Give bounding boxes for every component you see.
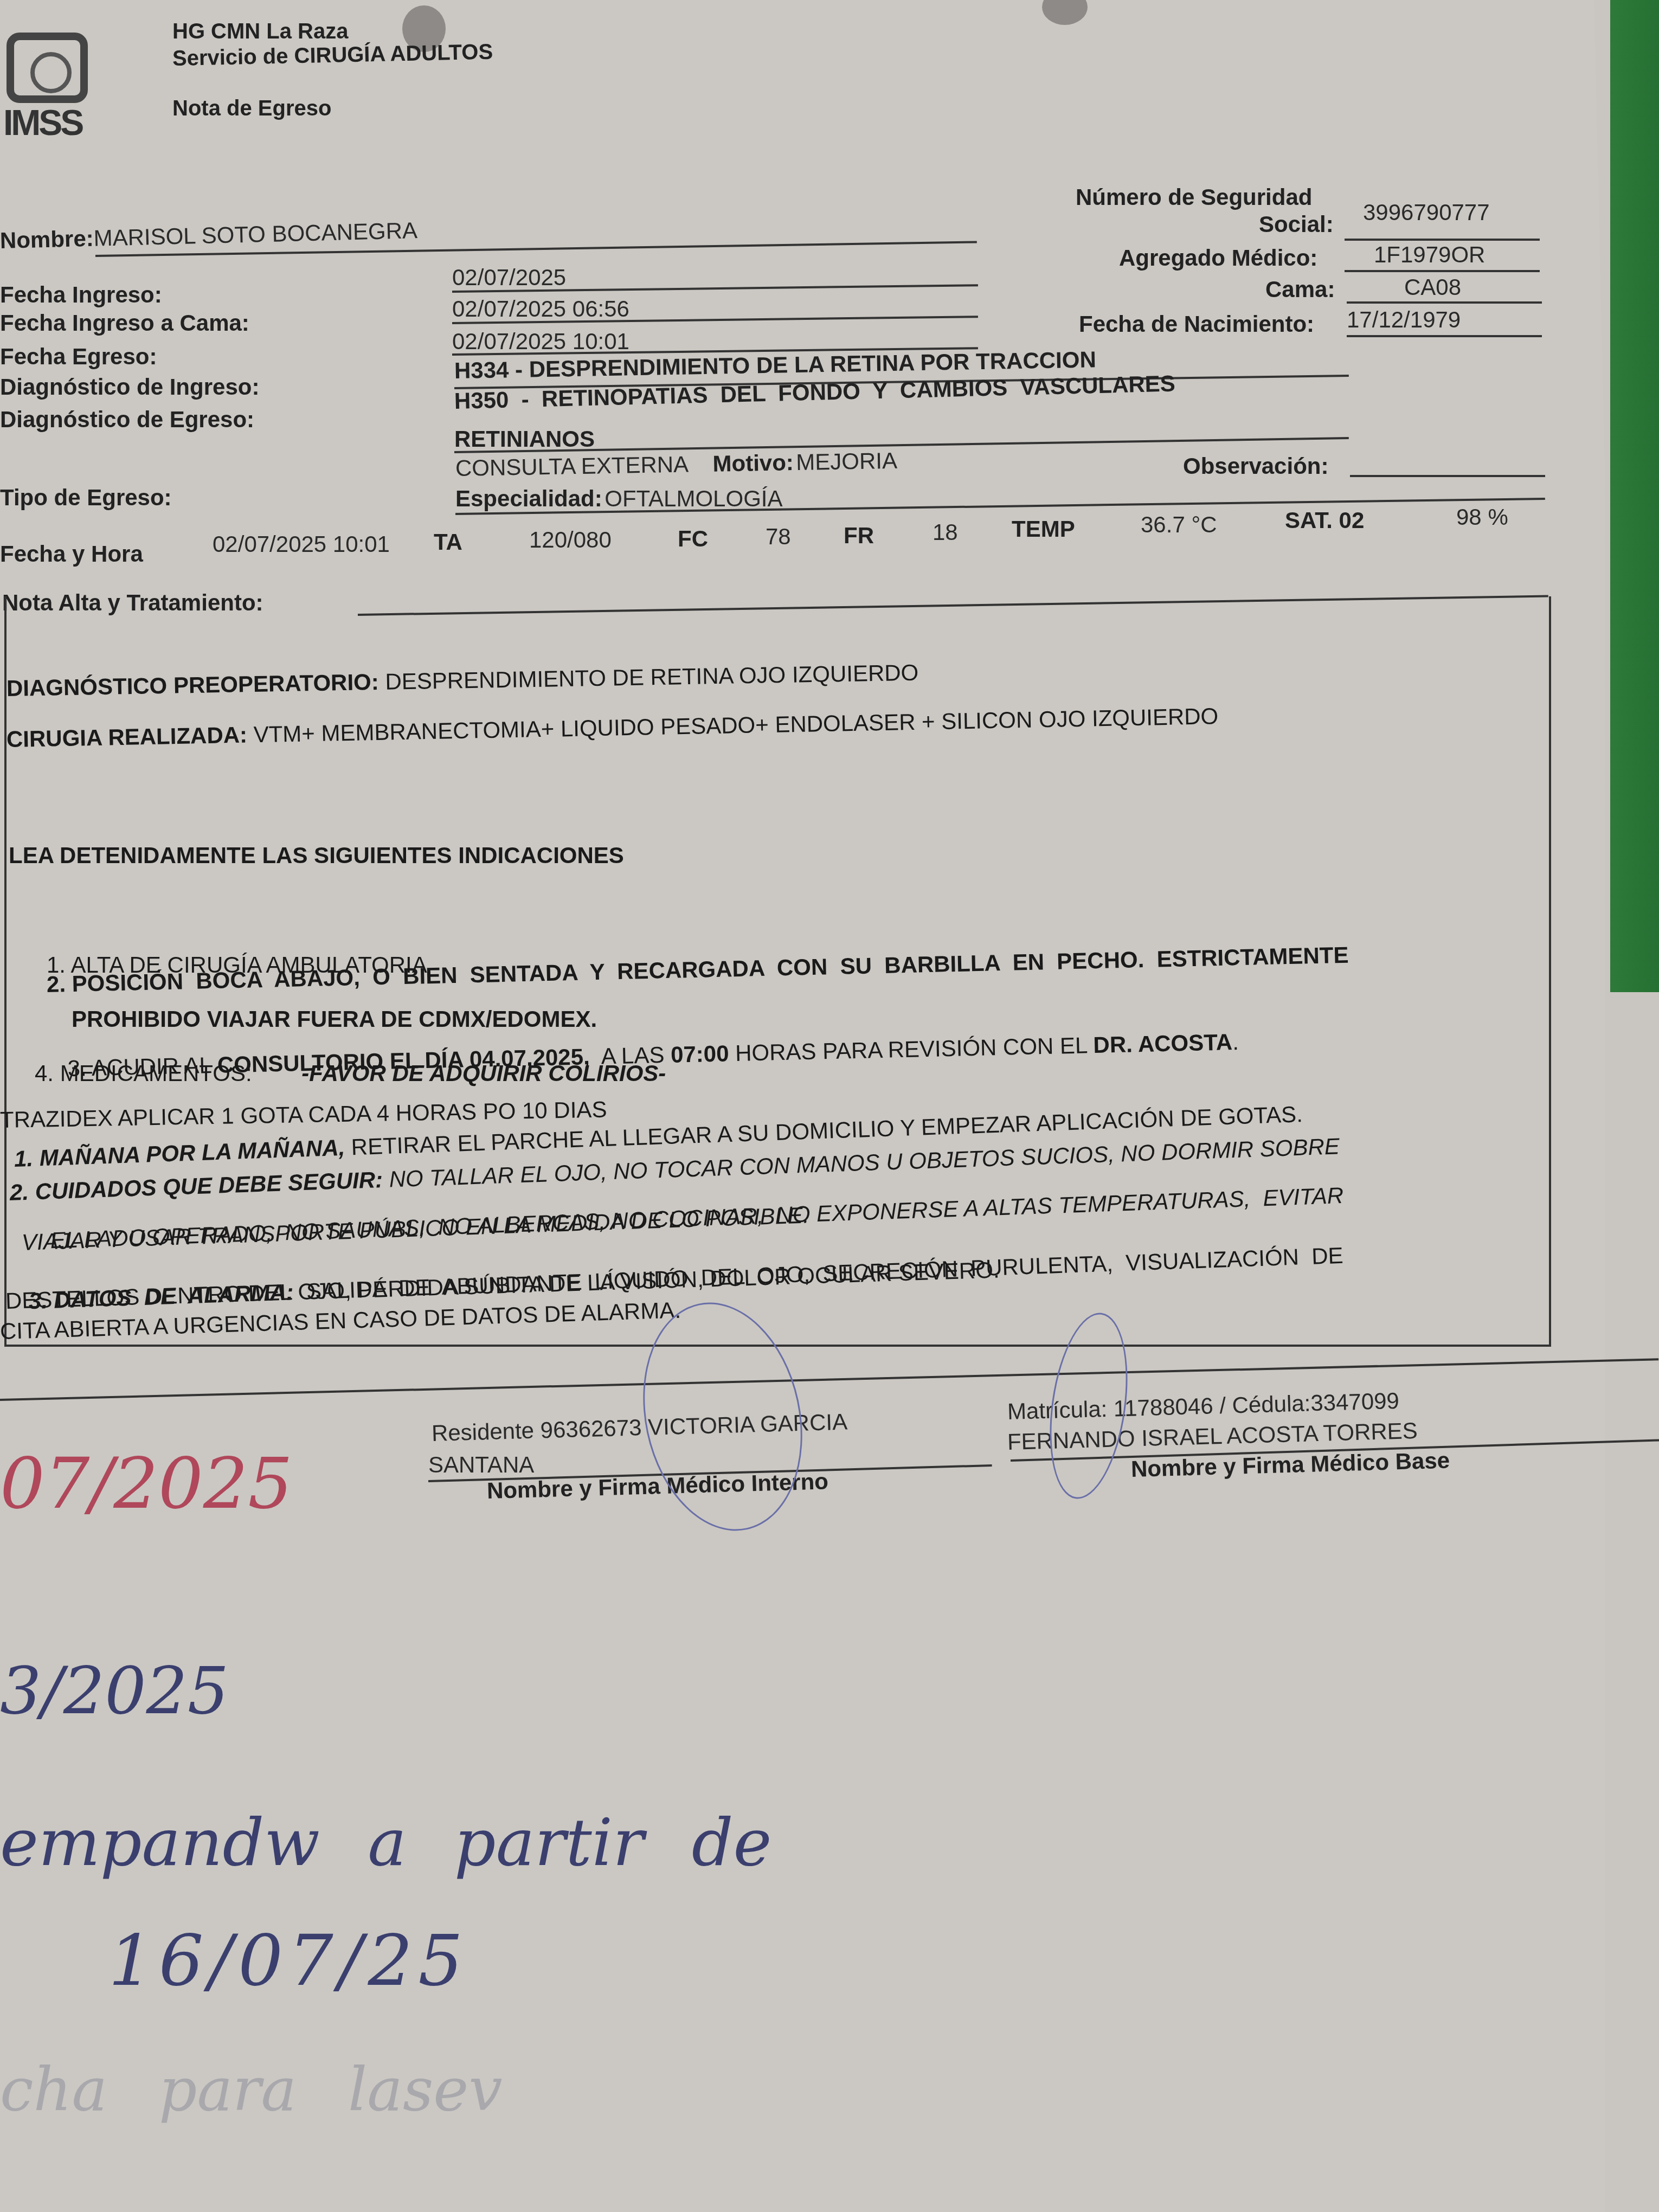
fecha-hora-value: 02/07/2025 10:01	[213, 531, 390, 557]
agregado-value: 1F1979OR	[1374, 242, 1485, 268]
motivo-label: Motivo:	[712, 449, 794, 477]
logo-text: IMSS	[3, 102, 82, 143]
motivo-value: MEJORIA	[796, 448, 897, 475]
fecha-ingreso-value: 02/07/2025	[452, 265, 566, 291]
institution-name: HG CMN La Raza	[172, 20, 349, 44]
imss-logo: IMSS	[3, 33, 90, 141]
dx-egreso-label: Diagnóstico de Egreso:	[0, 407, 254, 433]
nss-label: Número de Seguridad	[1076, 184, 1312, 210]
base-caption: Nombre y Firma Médico Base	[1130, 1448, 1450, 1482]
agregado-label: Agregado Médico:	[1119, 245, 1317, 271]
nss-label-2: Social:	[1259, 211, 1334, 237]
fr-label: FR	[844, 523, 874, 549]
ta-value: 120/080	[529, 527, 612, 553]
discharge-note-document: IMSS HG CMN La Raza Servicio de CIRUGÍA …	[0, 0, 1605, 2212]
indicaciones-title: LEA DETENIDAMENTE LAS SIGUIENTES INDICAC…	[9, 843, 624, 869]
ta-label: TA	[434, 529, 462, 555]
fecha-ingreso-label: Fecha Ingreso:	[0, 282, 162, 308]
medicamentos-label: 4. MEDICAMENTOS:	[35, 1060, 252, 1086]
imss-emblem-icon	[7, 33, 88, 103]
tipo-egreso-label: Tipo de Egreso:	[0, 485, 172, 511]
fr-value: 18	[933, 519, 958, 545]
fecha-cama-value: 02/07/2025 06:56	[452, 296, 629, 322]
fecha-cama-label: Fecha Ingreso a Cama:	[0, 310, 249, 336]
especialidad-label: Especialidad:	[455, 486, 602, 511]
sat-label: SAT. 02	[1285, 507, 1364, 533]
fc-value: 78	[766, 524, 791, 550]
nombre-label: Nombre:	[0, 226, 94, 253]
dx-ingreso-label: Diagnóstico de Ingreso:	[0, 374, 259, 400]
observacion-label: Observación:	[1183, 453, 1328, 479]
cirugia-label: CIRUGIA REALIZADA:	[7, 722, 248, 752]
background-green-surface	[1610, 0, 1659, 992]
document-title: Nota de Egreso	[172, 97, 331, 121]
fecha-egreso-value: 02/07/2025 10:01	[452, 329, 629, 355]
cama-label: Cama:	[1265, 276, 1335, 303]
handwritten-date: 3/2025	[0, 1654, 229, 1729]
handwritten-note-date: 16/07/25	[108, 1919, 468, 2002]
fecha-hora-label: Fecha y Hora	[0, 541, 143, 567]
nombre-value: MARISOL SOTO BOCANEGRA	[93, 217, 417, 251]
sat-value: 98 %	[1456, 504, 1508, 530]
nacimiento-value: 17/12/1979	[1347, 307, 1461, 333]
tipo-egreso-value: CONSULTA EXTERNA	[455, 451, 689, 481]
handwritten-faded-note: cha para lasev	[0, 2055, 503, 2124]
punch-hole	[1042, 0, 1088, 25]
dx-egreso-value-2: RETINIANOS	[454, 426, 595, 452]
fecha-egreso-label: Fecha Egreso:	[0, 344, 157, 370]
handwritten-red-date: 07/2025	[0, 1442, 293, 1525]
fc-label: FC	[678, 526, 708, 552]
nacimiento-label: Fecha de Nacimiento:	[1079, 311, 1314, 337]
temp-label: TEMP	[1012, 516, 1075, 542]
temp-value: 36.7 °C	[1141, 512, 1217, 538]
service-name: Servicio de CIRUGÍA ADULTOS	[172, 40, 493, 71]
nss-value: 3996790777	[1363, 200, 1490, 226]
especialidad-value: OFTALMOLOGÍA	[605, 486, 782, 511]
interno-name-2: SANTANA	[428, 1452, 534, 1478]
medicamentos-value: -FAVOR DE ADQUIRIR COLIRIOS-	[301, 1060, 666, 1086]
cama-value: CA08	[1404, 274, 1461, 300]
handwritten-note: empandw a partir de	[0, 1805, 771, 1881]
